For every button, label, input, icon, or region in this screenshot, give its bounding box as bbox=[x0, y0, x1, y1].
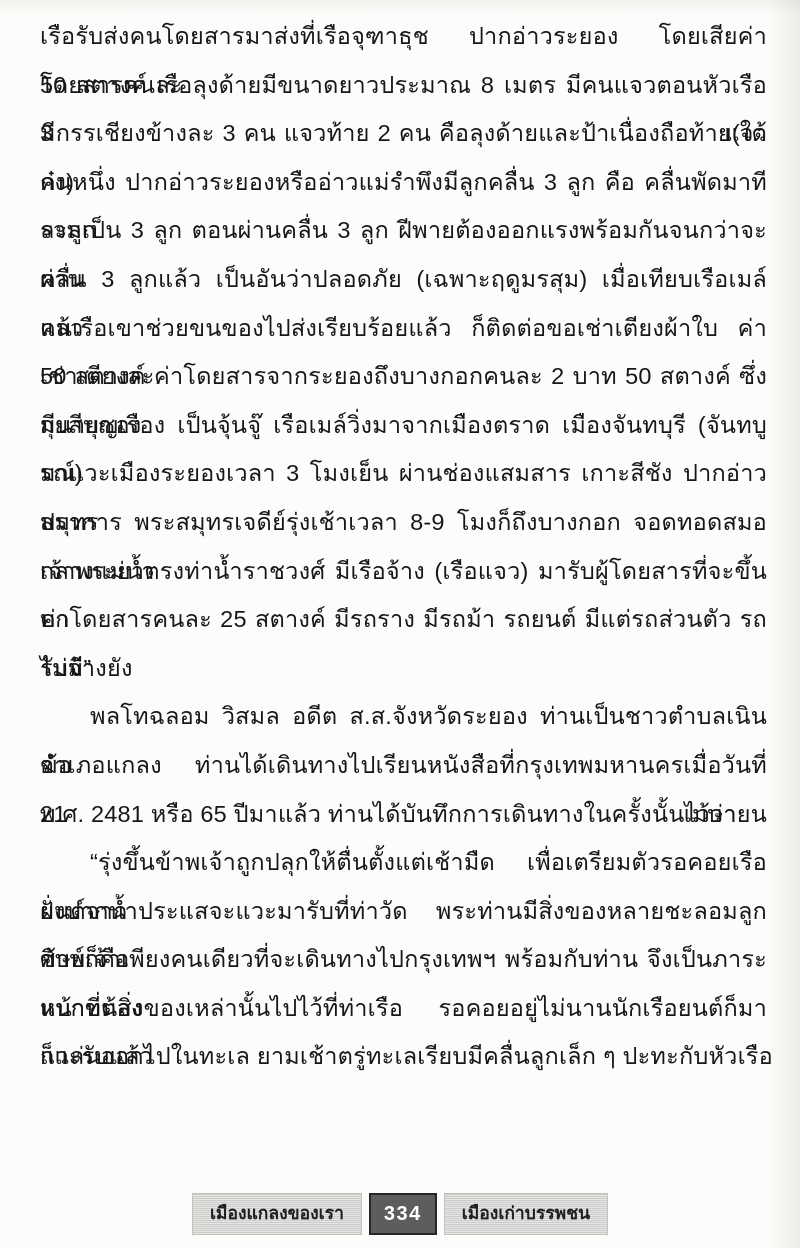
body-text-block: เรือรับส่งคนโดยสารมาส่งที่เรือจุฑาธุช ปา… bbox=[40, 12, 767, 1081]
text-line: ก็แล่นออกไปในทะเล ยามเช้าตรู่ทะเลเรียบมี… bbox=[40, 1032, 767, 1081]
footer-book-title-left: เมืองแกลงของเรา bbox=[192, 1193, 362, 1235]
footer-page-number: 334 bbox=[369, 1193, 437, 1235]
text-line: ปราการ พระสมุทรเจดีย์รุ่งเช้าเวลา 8-9 โม… bbox=[40, 498, 767, 547]
text-line: มาแวะเมืองระยองเวลา 3 โมงเย็น ผ่านช่องแส… bbox=[40, 449, 767, 498]
text-line: คนหนึ่ง ปากอ่าวระยองหรืออ่าวแม่รำพึงมีลู… bbox=[40, 158, 767, 207]
text-line: ฝั่งปากน้ำประแสจะแวะมารับที่ท่าวัด พระท่… bbox=[40, 887, 767, 936]
text-line: 50 สตางค์ เรือลุงด้ายมีขนาดยาวประมาณ 8 เ… bbox=[40, 61, 767, 110]
text-line: มีกรรเชียงข้างละ 3 คน แจวท้าย 2 คน คือลุ… bbox=[40, 109, 767, 158]
text-line: รวมเป็น 3 ลูก ตอนผ่านคลื่น 3 ลูก ฝีพายต้… bbox=[40, 206, 767, 255]
text-line: ค่าโดยสารคนละ 25 สตางค์ มีรถราง มีรถม้า … bbox=[40, 595, 767, 644]
text-line: เจ้าพระยาตรงท่าน้ำราชวงศ์ มีเรือจ้าง (เร… bbox=[40, 547, 767, 596]
text-line: พ.ศ. 2481 หรือ 65 ปีมาแล้ว ท่านได้บันทึก… bbox=[40, 790, 767, 839]
text-line: ไม่มี” bbox=[40, 644, 767, 693]
paragraph: “รุ่งขึ้นข้าพเจ้าถูกปลุกให้ตื่นตั้งแต่เช… bbox=[40, 838, 767, 1081]
text-line: คลื่น 3 ลูกแล้ว เป็นอันว่าปลอดภัย (เฉพาะ… bbox=[40, 255, 767, 304]
text-line: เรือรับส่งคนโดยสารมาส่งที่เรือจุฑาธุช ปา… bbox=[40, 12, 767, 61]
footer-book-title-right: เมืองเก่าบรรพชน bbox=[444, 1193, 608, 1235]
text-line: แบกขนสิ่งของเหล่านั้นไปไว้ที่ท่าเรือ รอค… bbox=[40, 984, 767, 1033]
text-line: อำเภอแกลง ท่านได้เดินทางไปเรียนหนังสือที… bbox=[40, 741, 767, 790]
text-line: กุ่ยสีบุญเรือง เป็นจุ้นจู๊ เรือเมล์วิ่งม… bbox=[40, 401, 767, 450]
paragraph: พลโทฉลอม วิสมล อดีต ส.ส.จังหวัดระยอง ท่า… bbox=[40, 692, 767, 838]
text-line: พลโทฉลอม วิสมล อดีต ส.ส.จังหวัดระยอง ท่า… bbox=[40, 692, 767, 741]
paragraph: เรือรับส่งคนโดยสารมาส่งที่เรือจุฑาธุช ปา… bbox=[40, 12, 767, 692]
text-line: 50 สตางค์ ค่าโดยสารจากระยองถึงบางกอกคนละ… bbox=[40, 352, 767, 401]
text-line: คนเรือเขาช่วยขนของไปส่งเรียบร้อยแล้ว ก็ต… bbox=[40, 304, 767, 353]
scanned-book-page: เรือรับส่งคนโดยสารมาส่งที่เรือจุฑาธุช ปา… bbox=[0, 0, 800, 1248]
text-line: ข้าพเจ้าเพียงคนเดียวที่จะเดินทางไปกรุงเท… bbox=[40, 935, 767, 984]
text-line: “รุ่งขึ้นข้าพเจ้าถูกปลุกให้ตื่นตั้งแต่เช… bbox=[40, 838, 767, 887]
page-footer: เมืองแกลงของเรา 334 เมืองเก่าบรรพชน bbox=[0, 1193, 800, 1235]
